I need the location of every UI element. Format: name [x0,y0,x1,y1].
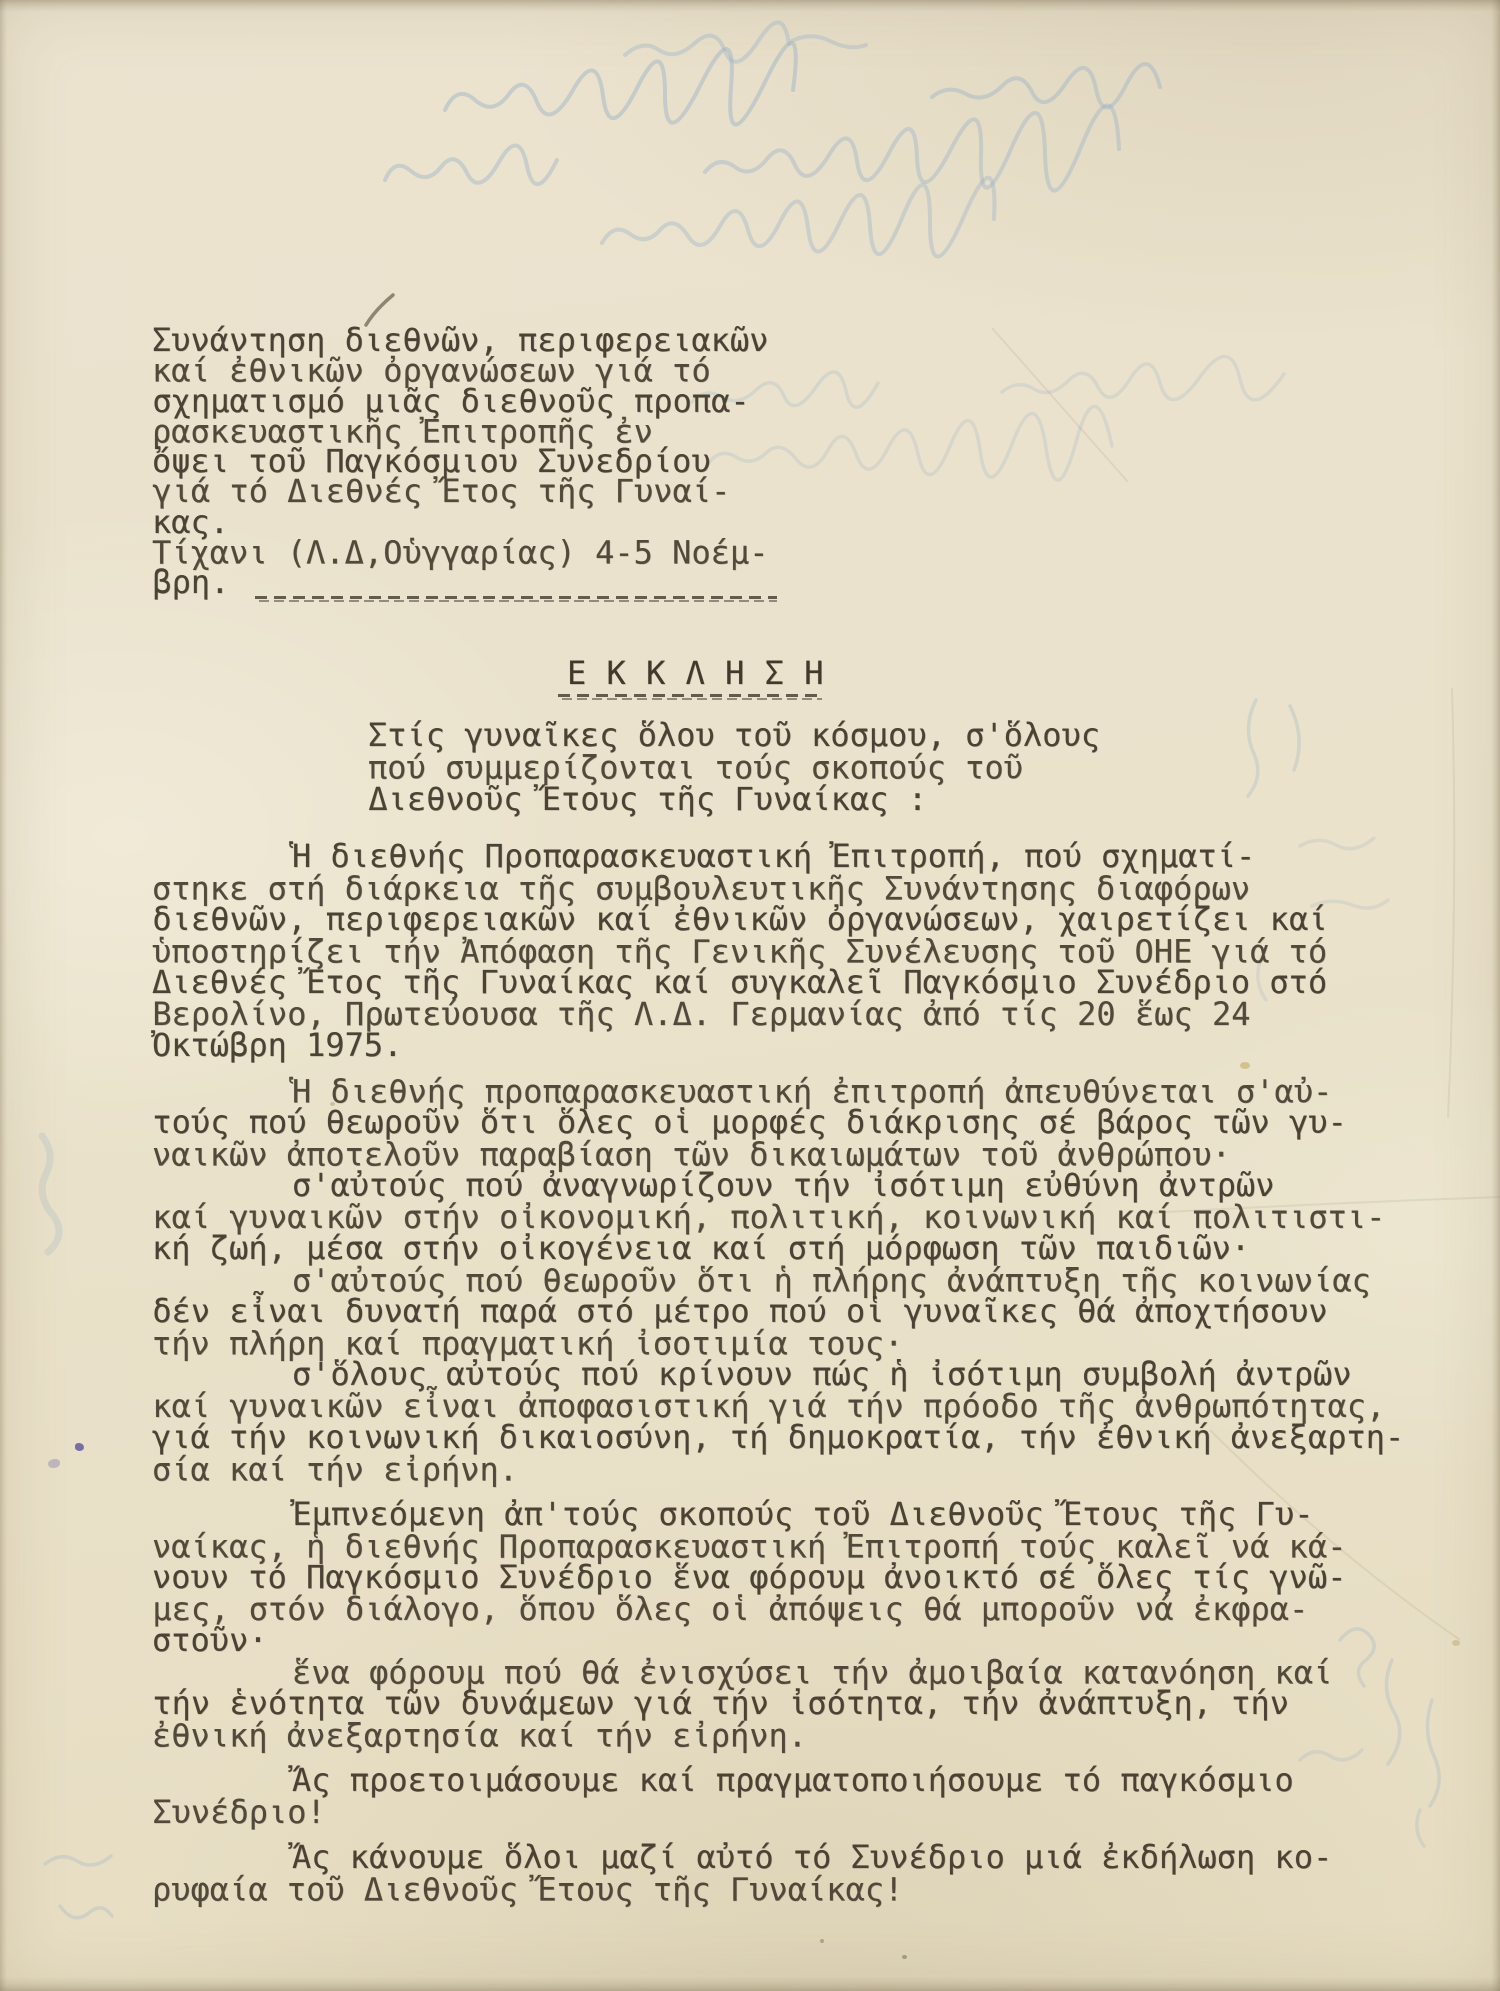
body-line: δέν εἶναι δυνατή παρά στό μέτρο πού οἱ γ… [152,1296,1404,1328]
body-line: στοῦν· [152,1625,1404,1657]
salutation-line: πού συμμερίζονται τούς σκοπούς τοῦ [368,752,1100,784]
salutation-line: Στίς γυναῖκες ὅλου τοῦ κόσμου, σ'ὅλους [368,719,1100,751]
paper-stain [1452,1640,1460,1646]
document-title: Ε Κ Κ Λ Η Σ Η [567,656,824,690]
typed-dash-separator [255,596,777,602]
body-line: Συνέδριο! [152,1797,1404,1829]
body-line: τούς πού θεωροῦν ὅτι ὅλες οἱ μορφές διάκ… [152,1107,1404,1139]
reference-line: σχηματισμό μιᾶς διεθνοῦς προπα- [152,386,769,416]
body-line: ρυφαία τοῦ Διεθνοῦς Ἔτους τῆς Γυναίκας! [152,1874,1404,1906]
body-line: Ὀκτώβρη 1975. [152,1030,1404,1062]
body-line: τήν ἑνότητα τῶν δυνάμεων γιά τήν ἰσότητα… [152,1688,1404,1720]
reference-line: Τίχανι (Λ.Δ,Οὑγγαρίας) 4-5 Νοέμ- [152,538,769,568]
scanned-document-page: Συνάντηση διεθνῶν, περιφερειακῶνκαί ἐθνι… [0,0,1500,1991]
paper-speck [902,1955,907,1959]
body-line: Ἄς προετοιμάσουμε καί πραγματοποιήσουμε … [152,1765,1404,1797]
body-line: ἐθνική ἀνεξαρτησία καί τήν εἰρήνη. [152,1720,1404,1752]
body-line: κή ζωή, μέσα στήν οἰκογένεια καί στή μόρ… [152,1233,1404,1265]
reference-line: Συνάντηση διεθνῶν, περιφερειακῶν [152,325,769,355]
body-line: Ἐμπνεόμενη ἀπ'τούς σκοπούς τοῦ Διεθνοῦς … [152,1499,1404,1531]
body-line: διεθνῶν, περιφερειακῶν καί ἐθνικῶν ὀργαν… [152,904,1404,936]
body-line: Ἄς κάνουμε ὅλοι μαζί αὐτό τό Συνέδριο μι… [152,1842,1404,1874]
body-line: σία καί τήν εἰρήνη. [152,1454,1404,1486]
body-line: μες, στόν διάλογο, ὅπου ὅλες οἱ ἀπόψεις … [152,1594,1404,1626]
ink-blot [75,1443,84,1451]
salutation-line: Διεθνοῦς Ἔτους τῆς Γυναίκας : [368,783,1100,815]
body-text: Ἡ διεθνής Προπαρασκευαστική Ἐπιτροπή, πο… [152,841,1404,1905]
body-line: γιά τήν κοινωνική δικαιοσύνη, τή δημοκρα… [152,1422,1404,1454]
reference-line: γιά τό Διεθνές Ἔτος τῆς Γυναί- [152,476,769,506]
reference-block: Συνάντηση διεθνῶν, περιφερειακῶνκαί ἐθνι… [152,325,769,598]
reference-line: βρη. [152,567,769,597]
reference-line: κας. [152,507,769,537]
salutation-block: Στίς γυναῖκες ὅλου τοῦ κόσμου, σ'ὅλουςπο… [368,719,1100,815]
paper-speck [820,1939,824,1943]
title-underline [558,694,822,700]
body-line: Ἡ διεθνής Προπαρασκευαστική Ἐπιτροπή, πο… [152,841,1404,873]
